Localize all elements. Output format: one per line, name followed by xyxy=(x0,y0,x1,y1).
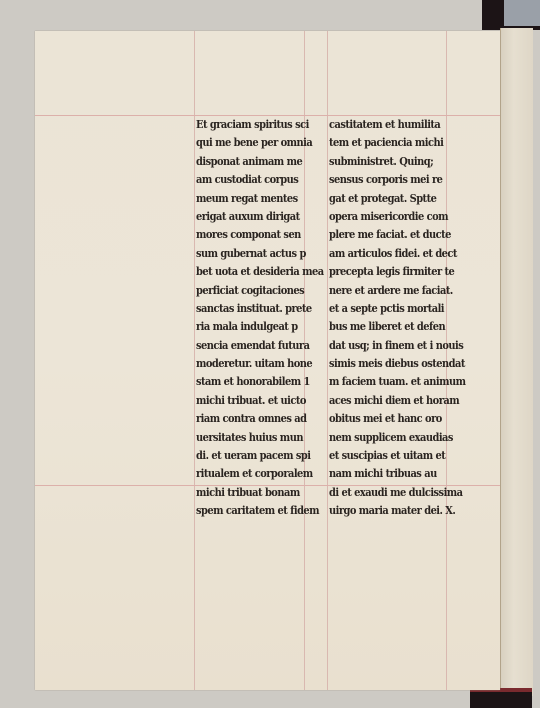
text-line: et a septe pctis mortali xyxy=(329,299,428,317)
adjacent-leaf-edge xyxy=(500,28,533,696)
text-line: nem supplicem exaudias xyxy=(329,428,428,446)
text-line: moderetur. uitam hone xyxy=(196,354,295,372)
binding-cover-top xyxy=(482,0,540,30)
left-column: Et graciam spiritus sci qui me bene per … xyxy=(196,115,308,520)
text-line: sanctas instituat. prete xyxy=(196,299,295,317)
binding-cover-bottom xyxy=(470,688,532,708)
text-line: stam et honorabilem 1 xyxy=(196,372,295,390)
text-line: gat et protegat. Sptte xyxy=(329,189,428,207)
text-line: ritualem et corporalem xyxy=(196,464,295,482)
text-line: m faciem tuam. et animum xyxy=(329,372,428,390)
text-line: uirgo maria mater dei. X. xyxy=(329,501,428,519)
ruling-left-col-outer xyxy=(194,31,195,690)
text-line: opera misericordie com xyxy=(329,207,428,225)
text-line: michi tribuat. et uicto xyxy=(196,391,295,409)
right-column: castitatem et humilita tem et paciencia … xyxy=(329,115,441,520)
text-line: sencia emendat futura xyxy=(196,336,295,354)
text-line: simis meis diebus ostendat xyxy=(329,354,428,372)
text-line: disponat animam me xyxy=(196,152,295,170)
text-line: et suscipias et uitam et xyxy=(329,446,428,464)
text-line: perficiat cogitaciones xyxy=(196,281,295,299)
text-line: precepta legis firmiter te xyxy=(329,262,428,280)
text-line: Et graciam spiritus sci xyxy=(196,115,295,133)
text-line: di. et ueram pacem spi xyxy=(196,446,295,464)
text-line: ria mala indulgeat p xyxy=(196,317,295,335)
text-line: sensus corporis mei re xyxy=(329,170,428,188)
text-line: am articulos fidei. et dect xyxy=(329,244,428,262)
text-line: nere et ardere me faciat. xyxy=(329,281,428,299)
text-line: castitatem et humilita xyxy=(329,115,428,133)
text-line: bet uota et desideria mea xyxy=(196,262,295,280)
ruling-right-col-inner xyxy=(327,31,328,690)
text-line: am custodiat corpus xyxy=(196,170,295,188)
text-line: mores componat sen xyxy=(196,225,295,243)
text-line: qui me bene per omnia xyxy=(196,133,295,151)
cloth-fragment xyxy=(504,0,540,26)
text-line: obitus mei et hanc oro xyxy=(329,409,428,427)
text-line: aces michi diem et horam xyxy=(329,391,428,409)
text-line: meum regat mentes xyxy=(196,189,295,207)
text-line: bus me liberet et defen xyxy=(329,317,428,335)
text-line: di et exaudi me dulcissima xyxy=(329,483,428,501)
text-line: sum gubernat actus p xyxy=(196,244,295,262)
text-line: tem et paciencia michi xyxy=(329,133,428,151)
text-line: nam michi tribuas au xyxy=(329,464,428,482)
text-line: plere me faciat. et ducte xyxy=(329,225,428,243)
text-line: dat usq; in finem et i nouis xyxy=(329,336,428,354)
text-line: spem caritatem et fidem xyxy=(196,501,295,519)
text-line: erigat auxum dirigat xyxy=(196,207,295,225)
text-line: uersitates huius mun xyxy=(196,428,295,446)
text-line: riam contra omnes ad xyxy=(196,409,295,427)
text-line: michi tribuat bonam xyxy=(196,483,295,501)
text-line: subministret. Quinq; xyxy=(329,152,428,170)
manuscript-page: Et graciam spiritus sci qui me bene per … xyxy=(35,31,500,690)
